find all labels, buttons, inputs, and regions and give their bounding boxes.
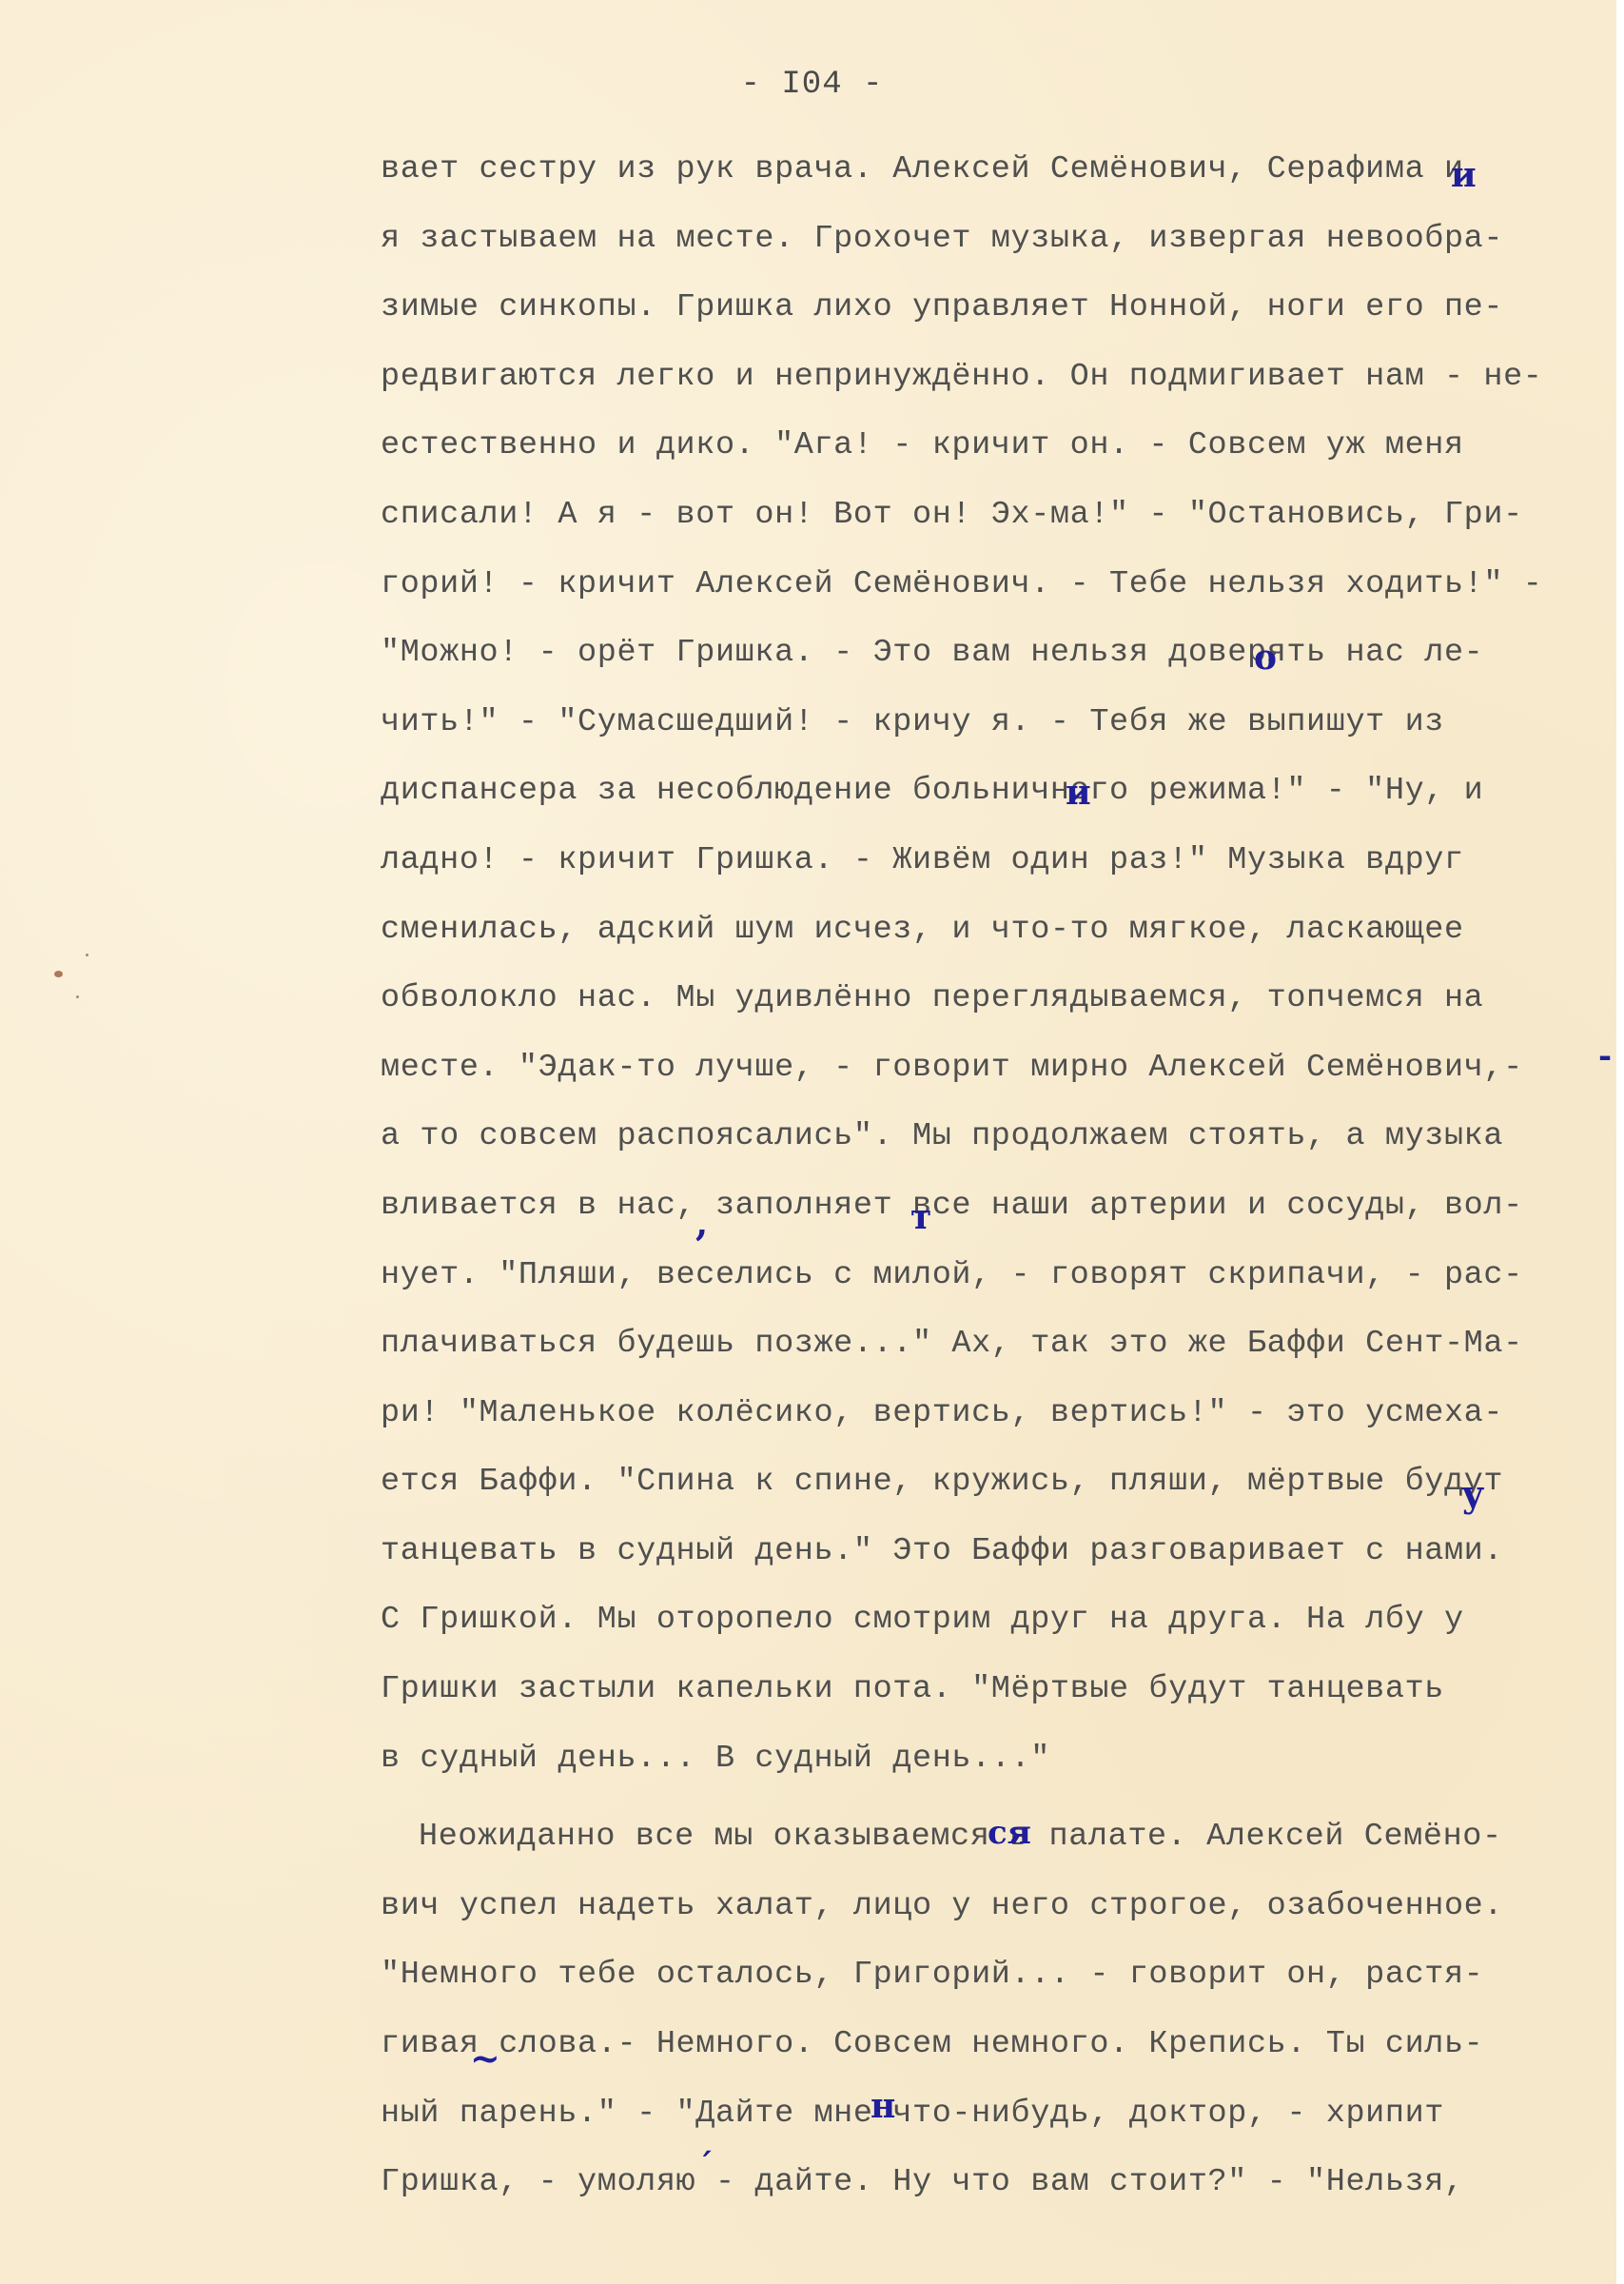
text-line: редвигаются легко и непринуждённо. Он по… — [381, 358, 1617, 427]
text-line: диспансера за несоблюдение больничного р… — [381, 772, 1617, 841]
text-line: чить!" - "Сумасшедший! - кричу я. - Тебя… — [381, 703, 1617, 773]
text-line: сменилась, адский шум исчез, и что-то мя… — [381, 911, 1617, 980]
text-line: естественно и дико. "Ага! - кричит он. -… — [381, 426, 1617, 496]
correction-mark: ся — [988, 1814, 1031, 1852]
correction-mark: и — [1066, 773, 1091, 813]
text-line: ный парень." - "Дайте мне что-нибудь, до… — [381, 2095, 1617, 2164]
scan-edge — [1616, 0, 1624, 2284]
text-line: вливается в нас, заполняет все наши арте… — [381, 1187, 1617, 1256]
text-line: списали! А я - вот он! Вот он! Эх-ма!" -… — [381, 496, 1617, 565]
paper-speck — [76, 995, 79, 998]
paragraph-1: вает сестру из рук врача. Алексей Семёно… — [381, 150, 1617, 1808]
correction-mark: ~ — [470, 2037, 500, 2079]
text-line: в судный день... В судный день..." — [381, 1740, 1617, 1809]
correction-mark: о — [1254, 638, 1277, 678]
correction-mark: т — [910, 1197, 931, 1237]
text-line: танцевать в судный день." Это Баффи разг… — [381, 1532, 1617, 1602]
text-line: а то совсем распоясались". Мы продолжаем… — [381, 1117, 1617, 1187]
text-line: Гришки застыли капельки пота. "Мёртвые б… — [381, 1670, 1617, 1740]
correction-mark: и — [1451, 155, 1477, 195]
text-line: ладно! - кричит Гришка. - Живём один раз… — [381, 841, 1617, 911]
text-line: С Гришкой. Мы оторопело смотрим друг на … — [381, 1601, 1617, 1670]
correction-mark: , — [695, 1201, 708, 1244]
text-line: гивая слова.- Немного. Совсем немного. К… — [381, 2025, 1617, 2095]
text-line: Гришка, - умоляю - дайте. Ну что вам сто… — [381, 2163, 1617, 2233]
correction-mark: н — [871, 2086, 895, 2126]
correction-mark: - — [1598, 1037, 1612, 1075]
typed-text-body: вает сестру из рук врача. Алексей Семёно… — [381, 150, 1617, 2233]
text-line-content: Неожиданно все мы оказываемся в палате. … — [419, 1819, 1502, 1855]
correction-mark: у — [1461, 1472, 1484, 1515]
text-line: горий! - кричит Алексей Семёнович. - Теб… — [381, 565, 1617, 635]
text-line: ется Баффи. "Спина к спине, кружись, пля… — [381, 1463, 1617, 1532]
text-line: обволокло нас. Мы удивлённо переглядывае… — [381, 979, 1617, 1049]
stress-accent-mark: ´ — [697, 2147, 714, 2185]
text-line: я застываем на месте. Грохочет музыка, и… — [381, 220, 1617, 289]
text-line: ри! "Маленькое колёсико, вертись, вертис… — [381, 1394, 1617, 1464]
margin-stain — [54, 971, 63, 977]
text-line: плачиваться будешь позже..." Ах, так это… — [381, 1325, 1617, 1394]
text-line: вич успел надеть халат, лицо у него стро… — [381, 1887, 1617, 1957]
paper-speck — [86, 954, 88, 956]
text-line: месте. "Эдак-то лучше, - говорит мирно А… — [381, 1049, 1617, 1118]
page-number: - I04 - — [0, 67, 1624, 103]
text-line: "Можно! - орёт Гришка. - Это вам нельзя … — [381, 634, 1617, 703]
text-line: зимые синкопы. Гришка лихо управляет Нон… — [381, 288, 1617, 358]
text-line: нует. "Пляши, веселись с милой, - говоря… — [381, 1256, 1617, 1326]
text-line: вает сестру из рук врача. Алексей Семёно… — [381, 150, 1617, 220]
paragraph-2: Неожиданно все мы оказываемся в палате. … — [381, 1818, 1617, 2233]
text-line: "Немного тебе осталось, Григорий... - го… — [381, 1956, 1617, 2025]
